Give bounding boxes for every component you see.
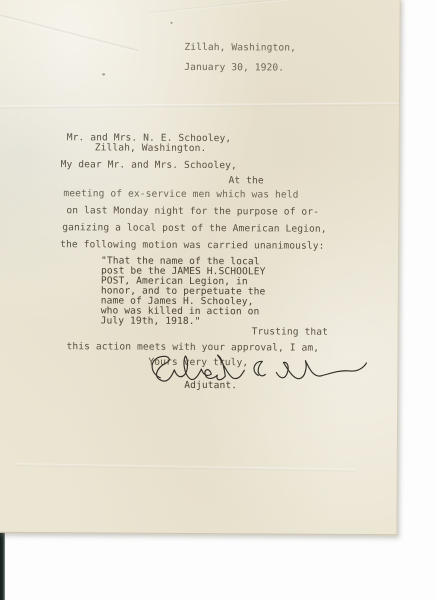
- ink-speck: [102, 73, 105, 75]
- letter-scan: Zillah, Washington, January 30, 1920. Mr…: [0, 0, 436, 600]
- signer-title: Adjutant.: [184, 381, 237, 391]
- paper-crease: [16, 463, 356, 472]
- paper-sheet: Zillah, Washington, January 30, 1920. Mr…: [0, 0, 401, 535]
- paper-crease: [149, 0, 308, 14]
- body-line-2: on last Monday night for the purpose of …: [66, 206, 319, 218]
- book-edge-strip: [0, 529, 5, 600]
- paper-crease: [0, 13, 138, 53]
- dateline-date: January 30, 1920.: [184, 63, 284, 74]
- ink-speck: [170, 22, 172, 24]
- dateline-city: Zillah, Washington,: [184, 43, 296, 54]
- body-opening-fragment: At the: [228, 176, 263, 186]
- motion-line-7: July 19th, 1918.": [101, 316, 201, 327]
- body-line-1: meeting of ex-service men which was held: [63, 189, 298, 200]
- signature-handwriting: [136, 348, 368, 393]
- salutation-line: My dear Mr. and Mrs. Schooley,: [61, 160, 237, 171]
- recipient-city-line: Zillah, Washington.: [95, 143, 207, 154]
- body-line-4: the following motion was carried unanimo…: [60, 240, 324, 252]
- body-line-3: ganizing a local post of the American Le…: [62, 223, 326, 235]
- paper-crease: [0, 102, 399, 108]
- closing-fragment: Trusting that: [252, 327, 328, 337]
